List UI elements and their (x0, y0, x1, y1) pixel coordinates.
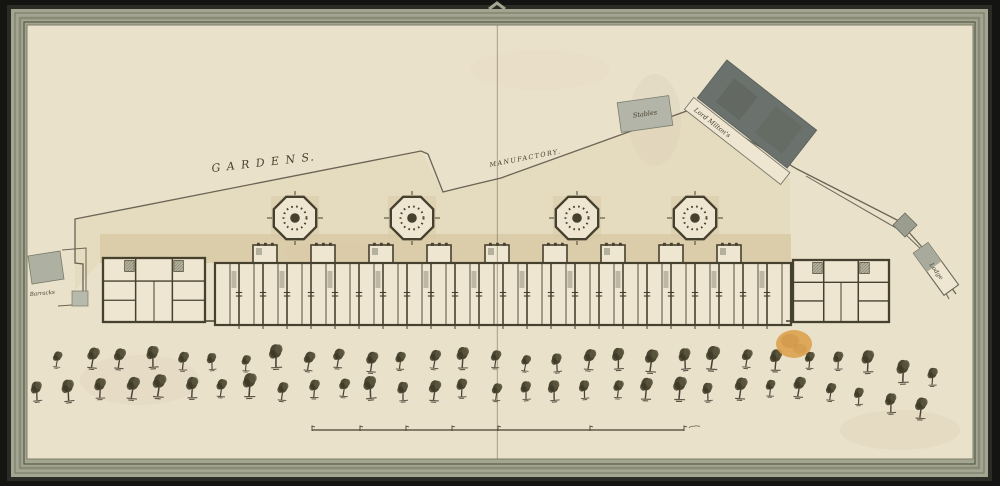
barracks-outbuilding (72, 291, 88, 306)
window-notch (561, 243, 564, 246)
stair-strip (568, 271, 573, 288)
rear-block (427, 245, 451, 263)
stair-strip (328, 271, 333, 288)
window-notch (438, 243, 441, 246)
window-notch (329, 243, 332, 246)
window-notch (264, 243, 267, 246)
stair-hatch (125, 261, 135, 272)
window-notch (728, 243, 731, 246)
window-notch (554, 243, 557, 246)
window-notch (431, 243, 434, 246)
seal-stain (776, 330, 812, 358)
window-notch (445, 243, 448, 246)
window-notch (677, 243, 680, 246)
window-notch (735, 243, 738, 246)
stair-hatch (174, 261, 184, 272)
central-kiln (407, 213, 417, 223)
end-pavilion (103, 258, 205, 322)
stair-strip (472, 271, 477, 288)
stair-square (604, 248, 610, 255)
stair-strip (760, 271, 765, 288)
window-notch (612, 243, 615, 246)
barracks-building (28, 251, 64, 284)
stair-strip (712, 271, 717, 288)
window-notch (670, 243, 673, 246)
stair-square (720, 248, 726, 255)
window-notch (322, 243, 325, 246)
paper-stain (840, 410, 960, 450)
stair-strip (280, 271, 285, 288)
window-notch (315, 243, 318, 246)
rear-block (543, 245, 567, 263)
window-notch (619, 243, 622, 246)
central-kiln (572, 213, 582, 223)
rear-block (659, 245, 683, 263)
stair-hatch (813, 263, 823, 274)
window-notch (721, 243, 724, 246)
central-kiln (290, 213, 300, 223)
stair-strip (664, 271, 669, 288)
scanned-plan: Barracks Stables Lord Milton's Lodge G A… (0, 0, 1000, 486)
plan-canvas: Barracks Stables Lord Milton's Lodge G A… (0, 0, 1000, 486)
end-pavilion (793, 260, 889, 322)
stair-square (372, 248, 378, 255)
window-notch (373, 243, 376, 246)
window-notch (547, 243, 550, 246)
seal-mottle (793, 344, 807, 354)
stair-strip (232, 271, 237, 288)
window-notch (257, 243, 260, 246)
rear-block (311, 245, 335, 263)
window-notch (605, 243, 608, 246)
window-notch (663, 243, 666, 246)
window-notch (380, 243, 383, 246)
stair-strip (376, 271, 381, 288)
stair-strip (424, 271, 429, 288)
window-notch (271, 243, 274, 246)
window-notch (387, 243, 390, 246)
stair-strip (520, 271, 525, 288)
stair-square (256, 248, 262, 255)
central-kiln (690, 213, 700, 223)
stair-hatch (860, 263, 870, 274)
stair-strip (616, 271, 621, 288)
